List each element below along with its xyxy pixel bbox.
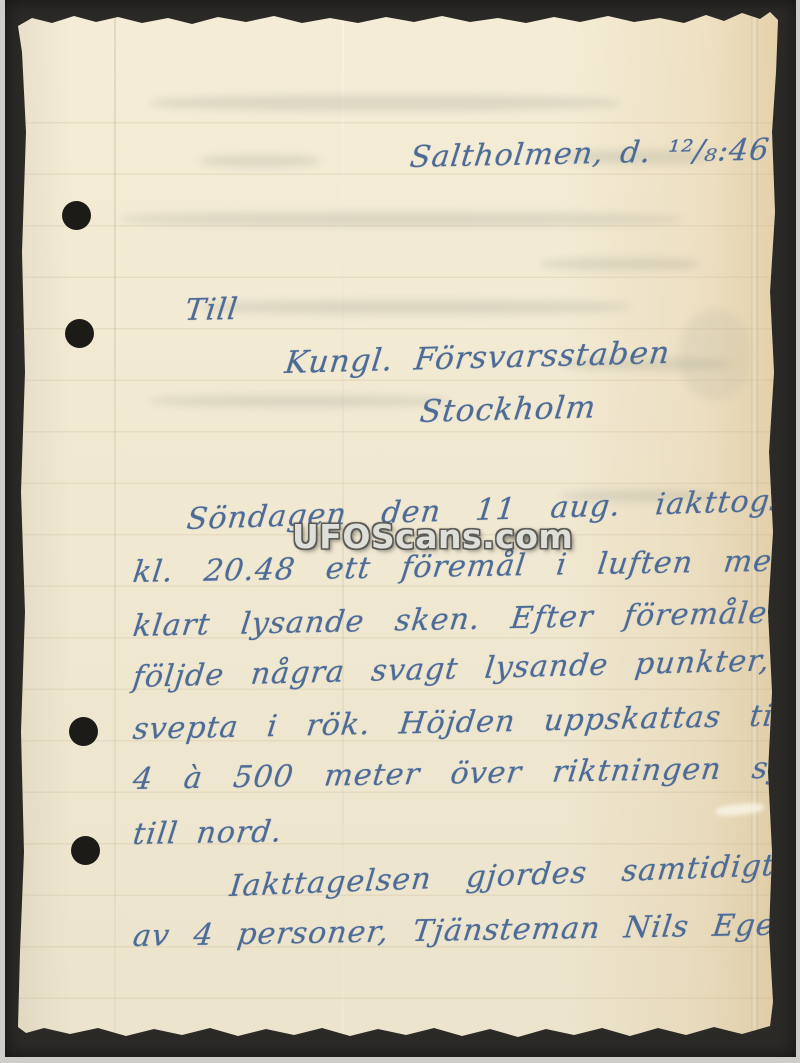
scanned-letter: Saltholmen, d. ¹²/₈:46TillKungl. Försvar… [0, 0, 800, 1063]
punch-hole [62, 201, 91, 230]
handwriting-line: av 4 personer, Tjänsteman Nils Egels med [131, 906, 800, 954]
handwriting-line: Kungl. Försvarsstaben [283, 335, 672, 381]
ink-showthrough [120, 212, 680, 226]
handwriting-line: till nord. [131, 814, 284, 852]
handwriting-line: 4 à 500 meter över riktningen syd [131, 750, 800, 797]
punch-hole [65, 319, 94, 348]
punch-hole [69, 717, 98, 746]
ink-showthrough [150, 395, 450, 407]
ink-showthrough [540, 258, 700, 270]
paper-scuff [716, 802, 765, 818]
handwriting-line: Stockholm [418, 389, 598, 430]
handwriting-line: klart lysande sken. Efter föremålet [131, 595, 783, 644]
handwriting-line: Iakttagelsen gjordes samtidigt [228, 848, 777, 904]
ink-showthrough [680, 310, 750, 400]
ink-showthrough [200, 155, 320, 167]
handwriting-line: Saltholmen, d. ¹²/₈:46 [408, 133, 772, 175]
ink-showthrough [200, 300, 630, 314]
handwriting-line: svepta i rök. Höjden uppskattas till [131, 698, 797, 747]
handwriting-line: följde några svagt lysande punkter, in- [131, 642, 800, 695]
watermark: UFOScans.com [292, 517, 573, 556]
paper-crease [114, 12, 116, 1042]
ink-showthrough [150, 95, 620, 111]
handwriting-line: Till [183, 292, 240, 328]
punch-hole [71, 836, 100, 865]
